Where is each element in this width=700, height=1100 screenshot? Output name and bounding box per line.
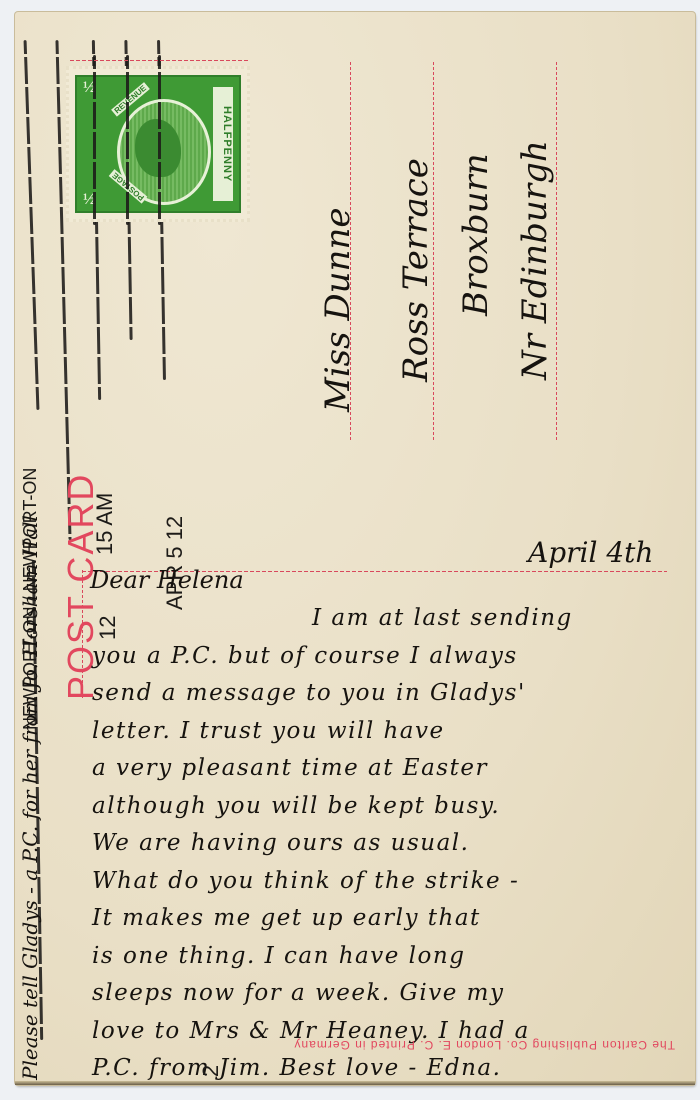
message-line: sleeps now for a week. Give my [92, 975, 692, 1013]
address-line-2: Ross Terrace [396, 158, 436, 382]
stamp-top-rule [70, 60, 250, 61]
cancellation-line [158, 55, 161, 225]
corner-mark: 2 [198, 1065, 224, 1077]
message-line: you a P.C. but of course I always [92, 638, 692, 676]
message-line: letter. I trust you will have [92, 713, 692, 751]
message-line: although you will be kept busy. [92, 788, 692, 826]
message-line: P.C. from Jim. Best love - Edna. [92, 1050, 692, 1088]
message-line: I am at last sending [92, 600, 692, 638]
message-line: send a message to you in Gladys' [92, 675, 692, 713]
postmark-time: 15 AM [92, 493, 118, 555]
margin-note: Please tell Gladys - a P.C. for her from… [18, 515, 42, 1080]
message-line: What do you think of the strike - [92, 863, 692, 901]
message-date: April 4th [528, 536, 653, 569]
cancellation-line [93, 55, 96, 225]
address-line-3: Broxburn [456, 153, 496, 316]
message-line: It makes me get up early that [92, 900, 692, 938]
message-line: We are having ours as usual. [92, 825, 692, 863]
message-greeting: Dear Helena [90, 566, 244, 594]
message-line: is one thing. I can have long [92, 938, 692, 976]
address-rule-3 [556, 62, 557, 442]
stamp-denomination: HALFPENNY [213, 87, 233, 201]
printer-imprint: The Carlton Publishing Co. London E. C. … [90, 1038, 675, 1052]
message-line: a very pleasant time at Easter [92, 750, 692, 788]
message-body: I am at last sending you a P.C. but of c… [92, 600, 692, 1088]
postmark-date: APR 5 12 [162, 516, 188, 610]
cancellation-line [126, 55, 129, 225]
address-line-1: Miss Dunne [318, 208, 358, 412]
address-line-4: Nr Edinburgh [515, 140, 555, 380]
